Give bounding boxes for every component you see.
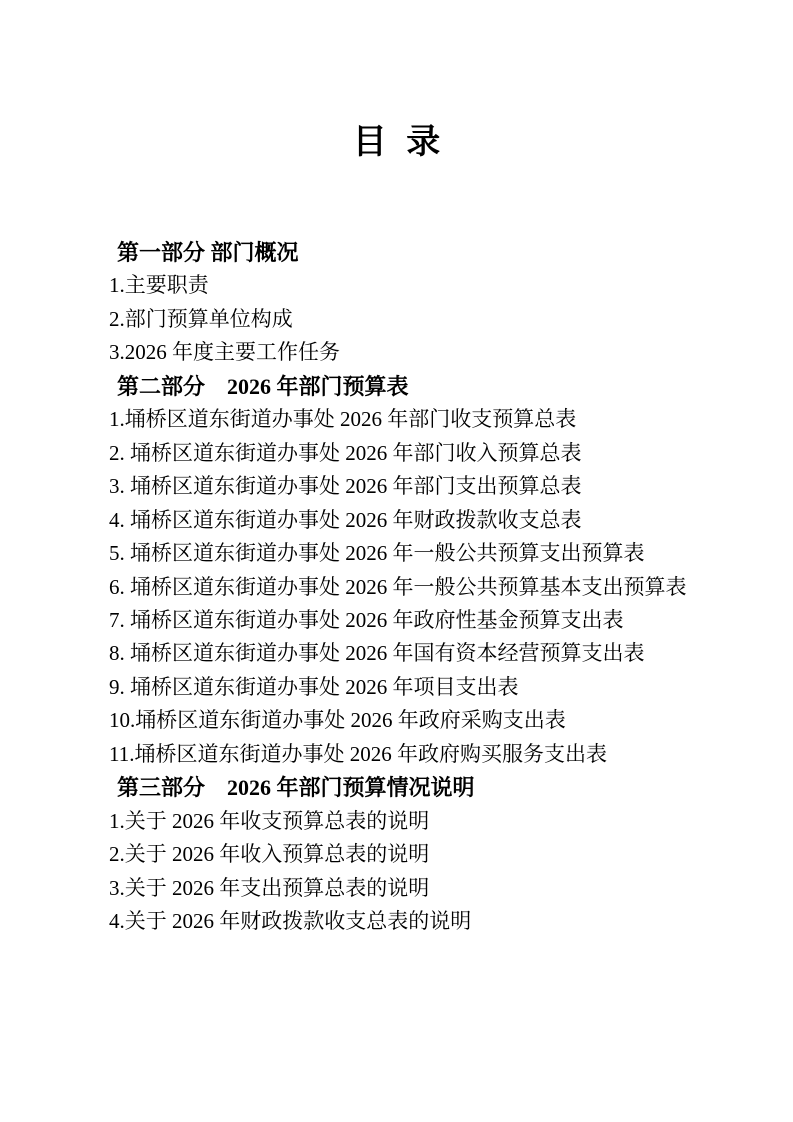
section-3-item-3: 3.关于 2026 年支出预算总表的说明 bbox=[85, 872, 708, 905]
section-2-item-10: 10.埇桥区道东街道办事处 2026 年政府采购支出表 bbox=[85, 704, 708, 737]
section-2-item-9: 9. 埇桥区道东街道办事处 2026 年项目支出表 bbox=[85, 671, 708, 704]
section-2-item-1: 1.埇桥区道东街道办事处 2026 年部门收支预算总表 bbox=[85, 403, 708, 436]
section-2-heading: 第二部分 2026 年部门预算表 bbox=[85, 370, 708, 403]
section-1-item-3: 3.2026 年度主要工作任务 bbox=[85, 336, 708, 369]
section-2-item-3: 3. 埇桥区道东街道办事处 2026 年部门支出预算总表 bbox=[85, 470, 708, 503]
page-title: 目 录 bbox=[0, 0, 793, 162]
section-1-item-2: 2.部门预算单位构成 bbox=[85, 303, 708, 336]
section-3-item-4: 4.关于 2026 年财政拨款收支总表的说明 bbox=[85, 905, 708, 938]
document-page: 目 录 第一部分 部门概况1.主要职责2.部门预算单位构成3.2026 年度主要… bbox=[0, 0, 793, 1122]
section-1-heading: 第一部分 部门概况 bbox=[85, 236, 708, 269]
section-2-item-8: 8. 埇桥区道东街道办事处 2026 年国有资本经营预算支出表 bbox=[85, 637, 708, 670]
section-2-item-7: 7. 埇桥区道东街道办事处 2026 年政府性基金预算支出表 bbox=[85, 604, 708, 637]
section-3-item-2: 2.关于 2026 年收入预算总表的说明 bbox=[85, 838, 708, 871]
section-2-item-5: 5. 埇桥区道东街道办事处 2026 年一般公共预算支出预算表 bbox=[85, 537, 708, 570]
section-2-item-6: 6. 埇桥区道东街道办事处 2026 年一般公共预算基本支出预算表 bbox=[85, 571, 708, 604]
section-3-item-1: 1.关于 2026 年收支预算总表的说明 bbox=[85, 805, 708, 838]
section-3-heading: 第三部分 2026 年部门预算情况说明 bbox=[85, 771, 708, 804]
section-2-item-4: 4. 埇桥区道东街道办事处 2026 年财政拨款收支总表 bbox=[85, 504, 708, 537]
section-1-item-1: 1.主要职责 bbox=[85, 269, 708, 302]
toc-sections: 第一部分 部门概况1.主要职责2.部门预算单位构成3.2026 年度主要工作任务… bbox=[85, 236, 708, 939]
section-2-item-11: 11.埇桥区道东街道办事处 2026 年政府购买服务支出表 bbox=[85, 738, 708, 771]
section-2-item-2: 2. 埇桥区道东街道办事处 2026 年部门收入预算总表 bbox=[85, 437, 708, 470]
